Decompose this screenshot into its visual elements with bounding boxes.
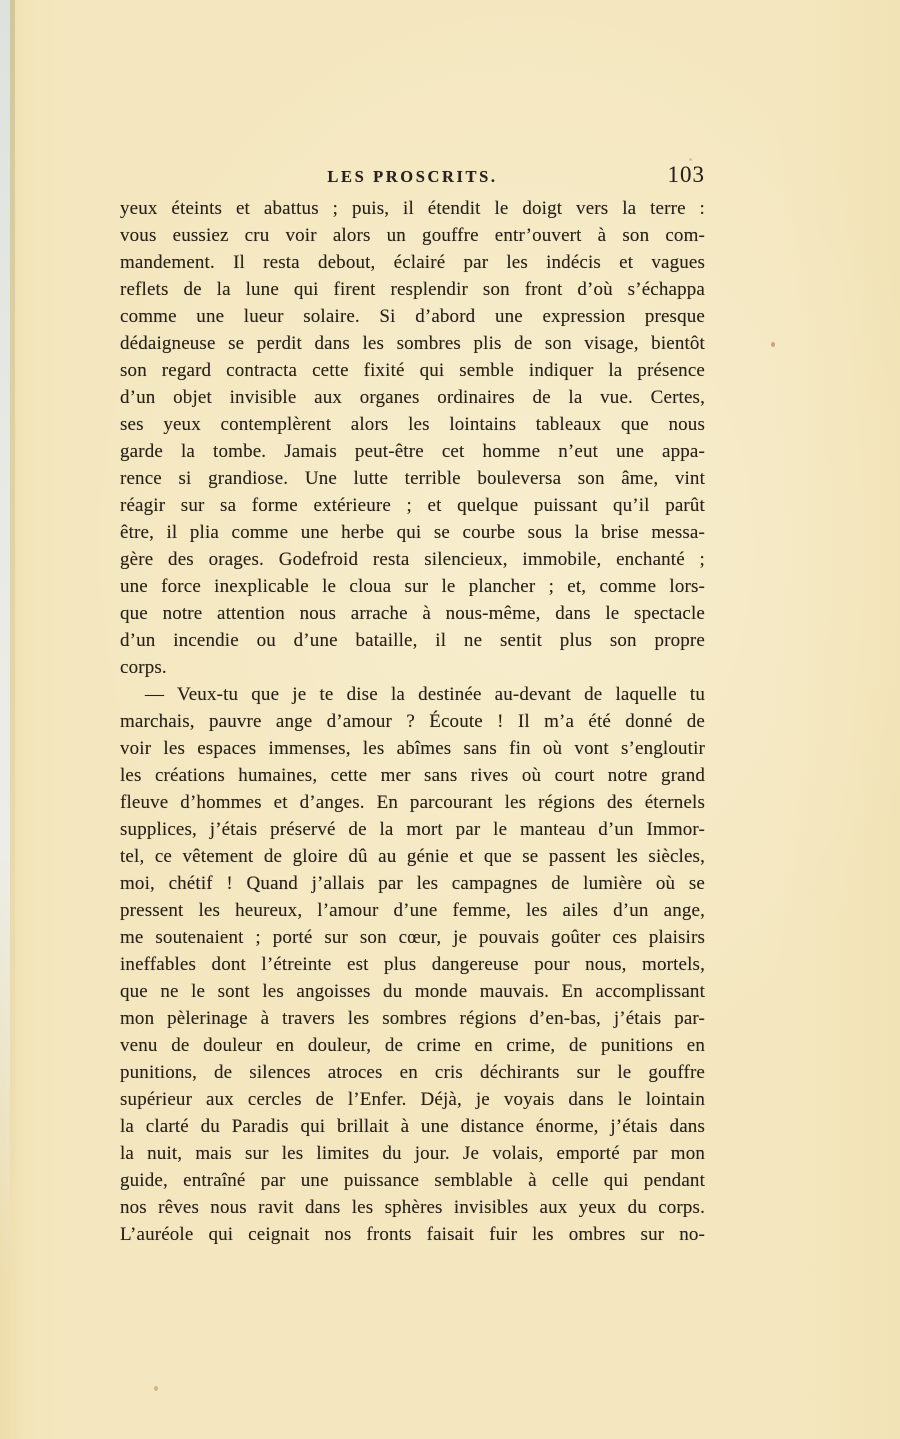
text-line: moi, chétif ! Quand j’allais par les cam… — [120, 870, 705, 897]
text-line: venu de douleur en douleur, de crime en … — [120, 1032, 705, 1059]
text-line: supplices, j’étais préservé de la mort p… — [120, 816, 705, 843]
body-text: yeux éteints et abattus ; puis, il étend… — [120, 195, 705, 1248]
paper-speck — [689, 158, 692, 161]
text-line: pressent les heureux, l’amour d’une femm… — [120, 897, 705, 924]
text-line: une force inexplicable le cloua sur le p… — [120, 573, 705, 600]
text-line: supérieur aux cercles de l’Enfer. Déjà, … — [120, 1086, 705, 1113]
text-line: mandement. Il resta debout, éclairé par … — [120, 249, 705, 276]
text-line: d’un objet invisible aux organes ordinai… — [120, 384, 705, 411]
text-line: les créations humaines, cette mer sans r… — [120, 762, 705, 789]
text-line: ses yeux contemplèrent alors les lointai… — [120, 411, 705, 438]
text-line: punitions, de silences atroces en cris d… — [120, 1059, 705, 1086]
scanned-book-page: LES PROSCRITS. 103 yeux éteints et abatt… — [0, 0, 900, 1439]
page-number: 103 — [668, 162, 706, 188]
text-line: nos rêves nous ravit dans les sphères in… — [120, 1194, 705, 1221]
text-line: tel, ce vêtement de gloire dû au génie e… — [120, 843, 705, 870]
text-line: L’auréole qui ceignait nos fronts faisai… — [120, 1221, 705, 1248]
text-line: la clarté du Paradis qui brillait à une … — [120, 1113, 705, 1140]
text-line: marchais, pauvre ange d’amour ? Écoute !… — [120, 708, 705, 735]
scanner-edge-strip — [0, 0, 10, 1310]
text-line: fleuve d’hommes et d’anges. En parcouran… — [120, 789, 705, 816]
text-line: son regard contracta cette fixité qui se… — [120, 357, 705, 384]
text-line: ineffables dont l’étreinte est plus dang… — [120, 951, 705, 978]
text-line: guide, entraîné par une puissance sembla… — [120, 1167, 705, 1194]
text-line: garde la tombe. Jamais peut-être cet hom… — [120, 438, 705, 465]
text-line: voir les espaces immenses, les abîmes sa… — [120, 735, 705, 762]
text-line: dédaigneuse se perdit dans les sombres p… — [120, 330, 705, 357]
text-line: que notre attention nous arrache à nous-… — [120, 600, 705, 627]
text-line: me soutenaient ; porté sur son cœur, je … — [120, 924, 705, 951]
page-edge-shadow — [10, 0, 15, 1270]
text-line: mon pèlerinage à travers les sombres rég… — [120, 1005, 705, 1032]
text-line: gère des orages. Godefroid resta silenci… — [120, 546, 705, 573]
text-line: réagir sur sa forme extérieure ; et quel… — [120, 492, 705, 519]
running-title: LES PROSCRITS. — [120, 167, 705, 187]
text-line: la nuit, mais sur les limites du jour. J… — [120, 1140, 705, 1167]
text-line: comme une lueur solaire. Si d’abord une … — [120, 303, 705, 330]
text-line: corps. — [120, 654, 705, 681]
text-line: reflets de la lune qui firent resplendir… — [120, 276, 705, 303]
text-line: rence si grandiose. Une lutte terrible b… — [120, 465, 705, 492]
running-header: LES PROSCRITS. 103 — [120, 164, 705, 190]
paper-speck — [771, 342, 775, 347]
text-line: que ne le sont les angoisses du monde ma… — [120, 978, 705, 1005]
text-line: vous eussiez cru voir alors un gouffre e… — [120, 222, 705, 249]
text-line: yeux éteints et abattus ; puis, il étend… — [120, 195, 705, 222]
text-line: d’un incendie ou d’une bataille, il ne s… — [120, 627, 705, 654]
text-line: — Veux-tu que je te dise la destinée au-… — [120, 681, 705, 708]
paper-speck — [154, 1386, 158, 1391]
text-line: être, il plia comme une herbe qui se cou… — [120, 519, 705, 546]
